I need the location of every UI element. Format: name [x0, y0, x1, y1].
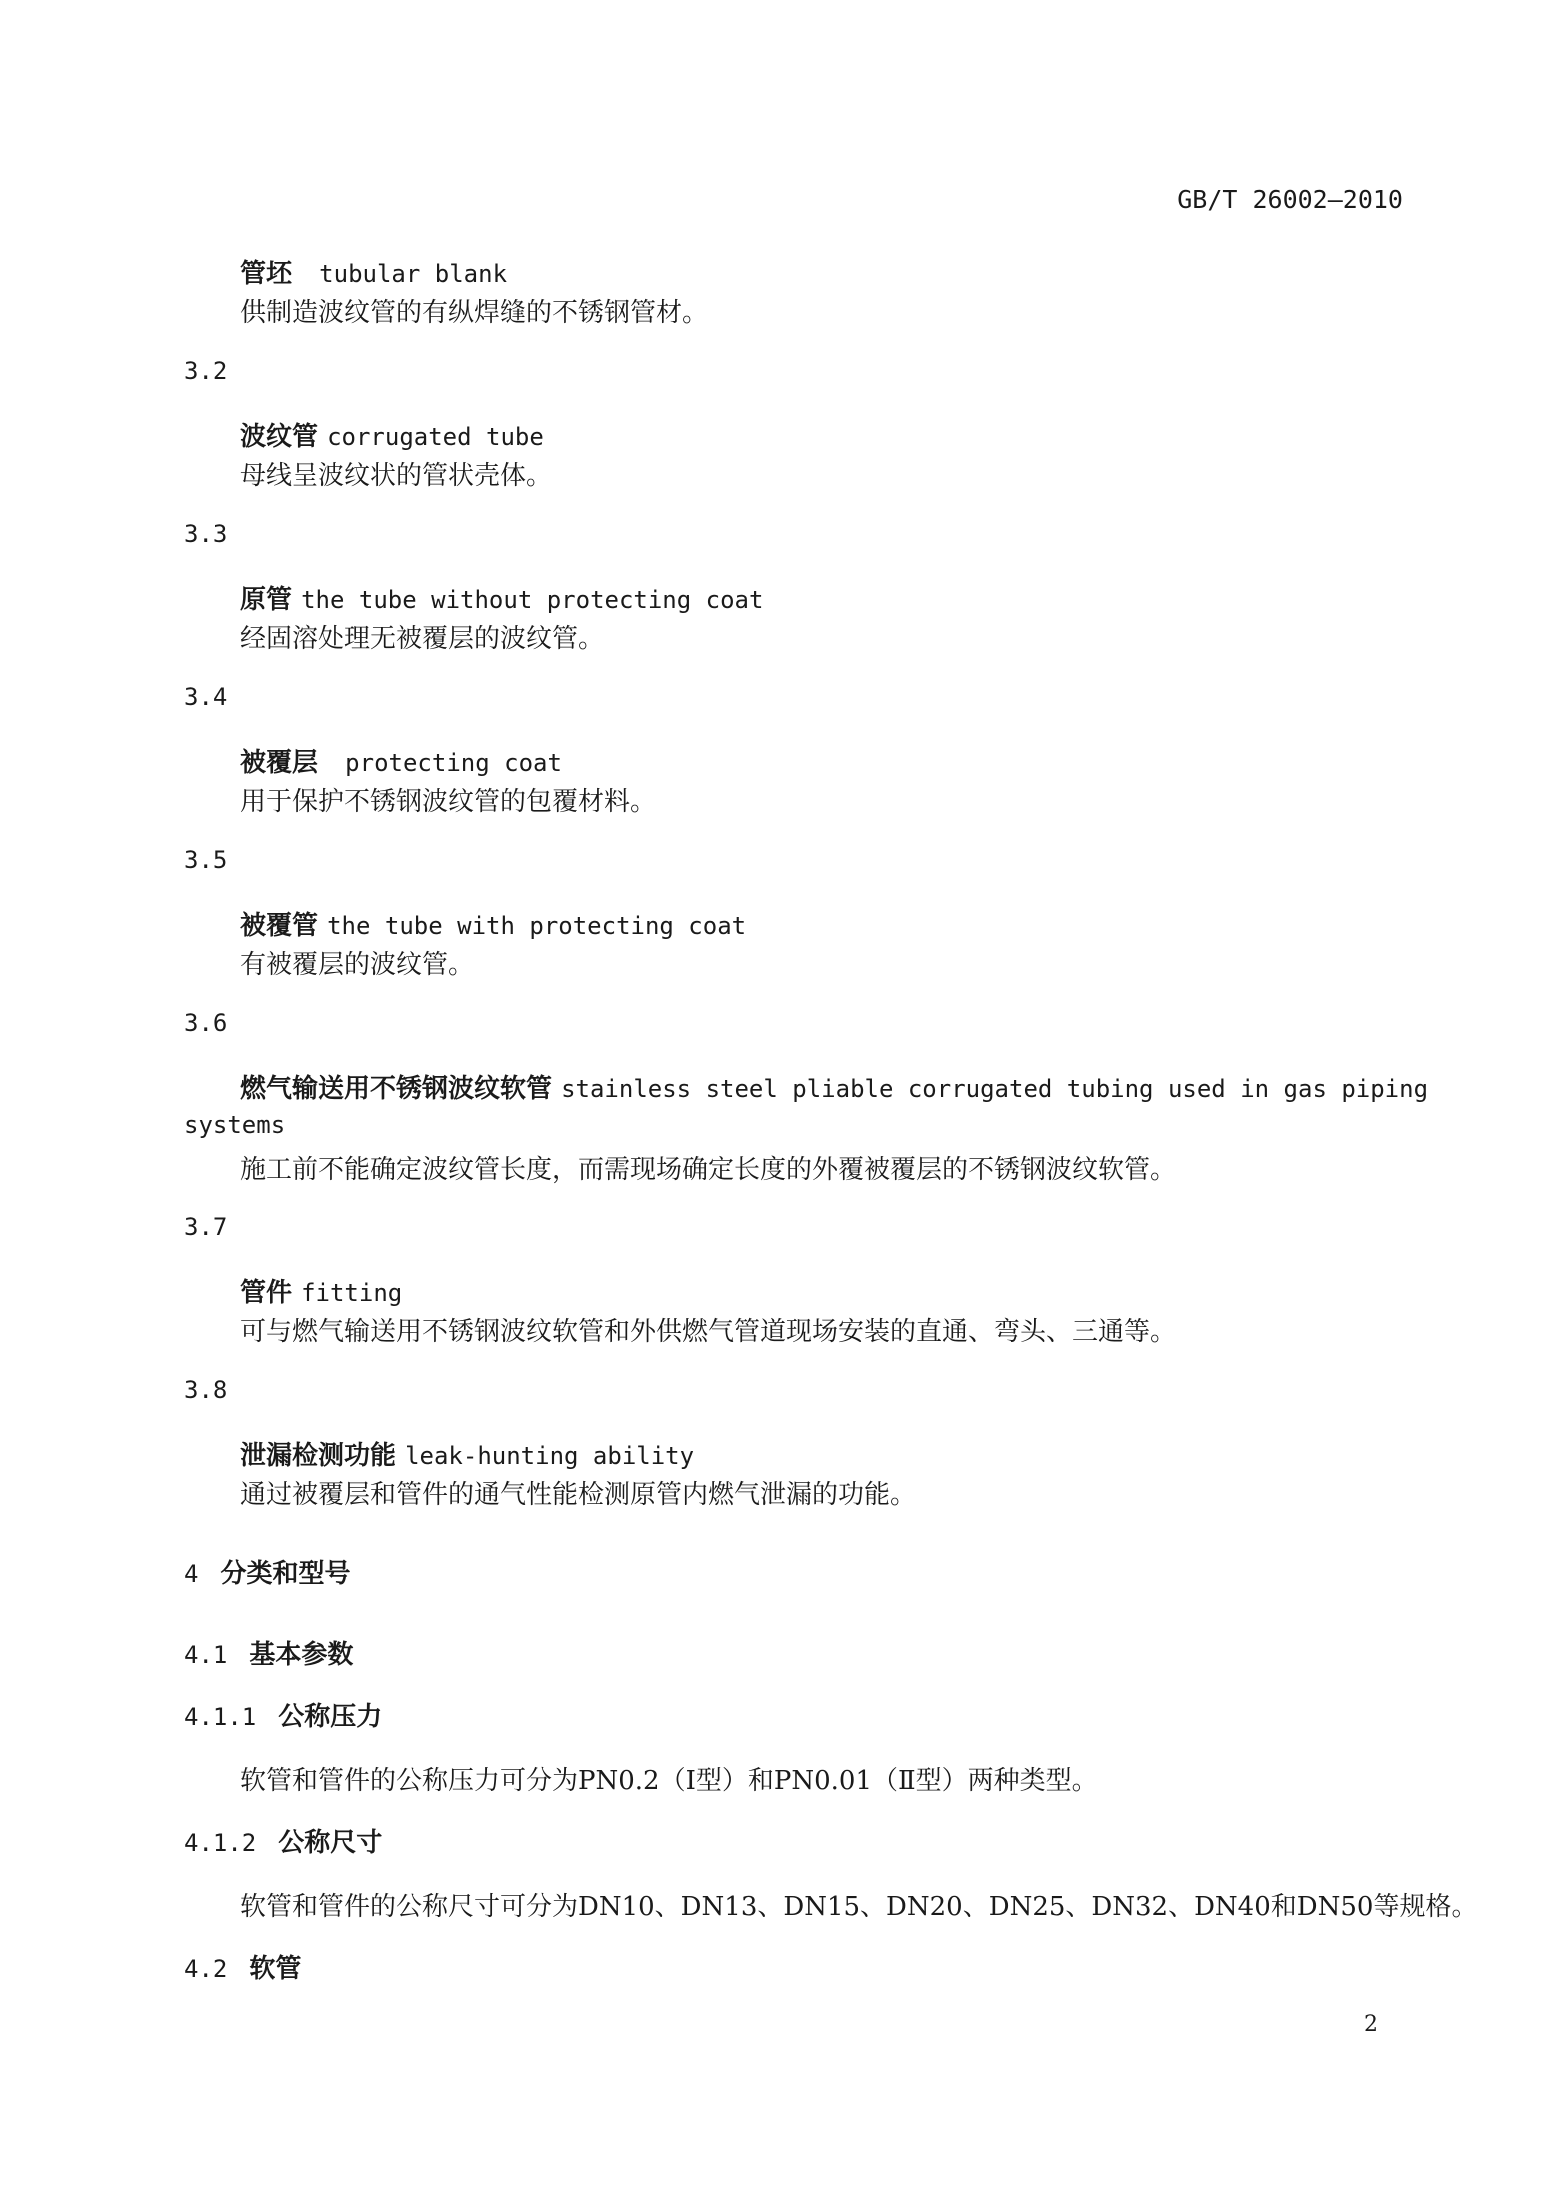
section-number: 4.2 [184, 1955, 227, 1983]
term-title: 管件 fitting [240, 1272, 402, 1309]
section-title: 分类和型号 [220, 1559, 350, 1589]
term-zh: 原管 [240, 585, 292, 615]
section-title: 软管 [249, 1954, 301, 1984]
section-title: 公称压力 [278, 1702, 382, 1732]
clause-number: 3.7 [184, 1213, 227, 1241]
term-definition: 供制造波纹管的有纵焊缝的不锈钢管材。 [240, 292, 708, 329]
term-title-continuation: systems [184, 1110, 285, 1140]
section-heading-4: 4分类和型号 [184, 1553, 350, 1590]
term-en: protecting coat [345, 749, 562, 777]
term-zh: 管件 [240, 1278, 292, 1308]
document-page: GB/T 26002—2010 管坯 tubular blank 供制造波纹管的… [0, 0, 1550, 2193]
term-title: 管坯 tubular blank [240, 253, 507, 290]
term-zh: 燃气输送用不锈钢波纹软管 [240, 1074, 552, 1104]
term-zh: 波纹管 [240, 422, 318, 452]
term-definition: 有被覆层的波纹管。 [240, 944, 474, 981]
term-en: corrugated tube [327, 423, 544, 451]
term-title: 被覆管 the tube with protecting coat [240, 905, 746, 942]
section-number: 4.1.1 [184, 1703, 256, 1731]
term-title: 被覆层 protecting coat [240, 742, 562, 779]
clause-number: 3.8 [184, 1376, 227, 1404]
term-en: fitting [301, 1279, 402, 1307]
term-en: the tube without protecting coat [301, 586, 763, 614]
term-title: 燃气输送用不锈钢波纹软管 stainless steel pliable cor… [240, 1068, 1428, 1105]
term-title: 原管 the tube without protecting coat [240, 579, 763, 616]
section-heading-4-1: 4.1基本参数 [184, 1634, 353, 1671]
term-title: 波纹管 corrugated tube [240, 416, 544, 453]
section-heading-4-1-1: 4.1.1公称压力 [184, 1696, 382, 1733]
section-title: 基本参数 [249, 1640, 353, 1670]
term-en-continuation: systems [184, 1111, 285, 1139]
term-zh: 被覆管 [240, 911, 318, 941]
section-number: 4 [184, 1560, 198, 1588]
section-number: 4.1.2 [184, 1829, 256, 1857]
clause-number: 3.5 [184, 846, 227, 874]
term-en: tubular blank [319, 260, 507, 288]
clause-number: 3.2 [184, 357, 227, 385]
term-en: leak-hunting ability [405, 1442, 694, 1470]
clause-number: 3.6 [184, 1009, 227, 1037]
section-body: 软管和管件的公称尺寸可分为DN10、DN13、DN15、DN20、DN25、DN… [240, 1886, 1477, 1923]
term-definition: 可与燃气输送用不锈钢波纹软管和外供燃气管道现场安装的直通、弯头、三通等。 [240, 1311, 1176, 1348]
section-heading-4-2: 4.2软管 [184, 1948, 301, 1985]
term-en: stainless steel pliable corrugated tubin… [561, 1075, 1428, 1103]
clause-number: 3.4 [184, 683, 227, 711]
section-number: 4.1 [184, 1641, 227, 1669]
term-definition: 施工前不能确定波纹管长度，而需现场确定长度的外覆被覆层的不锈钢波纹软管。 [240, 1149, 1176, 1186]
term-zh: 管坯 [240, 259, 292, 289]
section-title: 公称尺寸 [278, 1828, 382, 1858]
term-definition: 用于保护不锈钢波纹管的包覆材料。 [240, 781, 656, 818]
clause-number: 3.3 [184, 520, 227, 548]
term-definition: 经固溶处理无被覆层的波纹管。 [240, 618, 604, 655]
page-number: 2 [1364, 2012, 1378, 2037]
section-heading-4-1-2: 4.1.2公称尺寸 [184, 1822, 382, 1859]
term-en: the tube with protecting coat [327, 912, 746, 940]
term-definition: 母线呈波纹状的管状壳体。 [240, 455, 552, 492]
term-definition: 通过被覆层和管件的通气性能检测原管内燃气泄漏的功能。 [240, 1474, 916, 1511]
term-title: 泄漏检测功能 leak-hunting ability [240, 1435, 694, 1472]
section-body: 软管和管件的公称压力可分为PN0.2（Ⅰ型）和PN0.01（Ⅱ型）两种类型。 [240, 1760, 1098, 1797]
term-zh: 泄漏检测功能 [240, 1441, 396, 1471]
term-zh: 被覆层 [240, 748, 318, 778]
standard-code: GB/T 26002—2010 [1177, 185, 1403, 214]
